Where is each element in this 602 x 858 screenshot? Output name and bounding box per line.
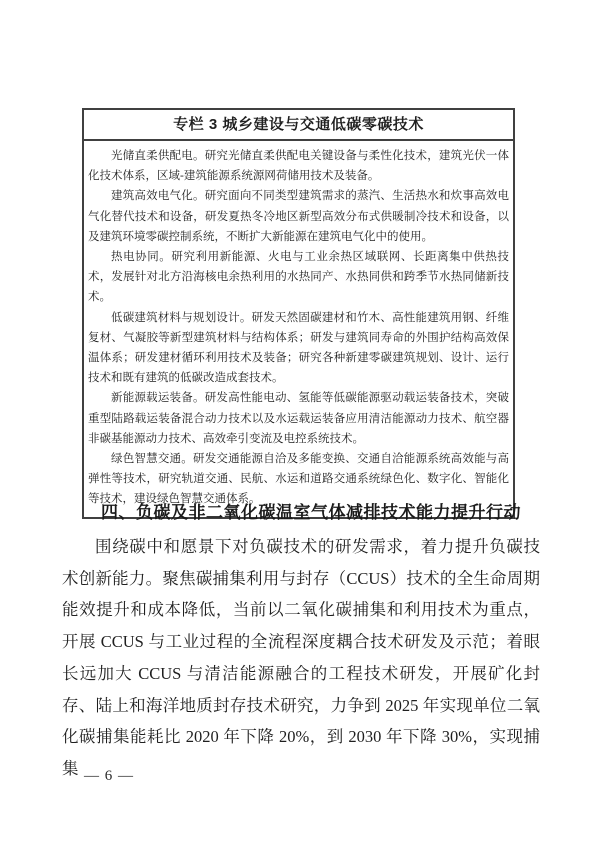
callout-box-body: 光储直柔供配电。研究光储直柔供配电关键设备与柔性化技术，建筑光伏一体化技术体系，… [84,141,513,517]
section-heading: 四、负碳及非二氧化碳温室气体减排技术能力提升行动 [101,498,521,523]
callout-box: 专栏 3 城乡建设与交通低碳零碳技术 光储直柔供配电。研究光储直柔供配电关键设备… [82,108,515,519]
callout-paragraph: 建筑高效电气化。研究面向不同类型建筑需求的蒸汽、生活热水和炊事高效电气化替代技术… [88,186,509,247]
callout-box-title: 专栏 3 城乡建设与交通低碳零碳技术 [84,110,513,141]
body-paragraph: 围绕碳中和愿景下对负碳技术的研发需求，着力提升负碳技术创新能力。聚焦碳捕集利用与… [62,531,540,785]
callout-paragraph: 光储直柔供配电。研究光储直柔供配电关键设备与柔性化技术，建筑光伏一体化技术体系，… [88,146,509,186]
document-page: 专栏 3 城乡建设与交通低碳零碳技术 光储直柔供配电。研究光储直柔供配电关键设备… [0,0,602,858]
page-number: — 6 — [84,768,134,785]
callout-paragraph: 新能源载运装备。研发高性能电动、氢能等低碳能源驱动载运装备技术，突破重型陆路载运… [88,388,509,449]
callout-paragraph: 低碳建筑材料与规划设计。研发天然固碳建材和竹木、高性能建筑用钢、纤维复材、气凝胶… [88,308,509,389]
callout-paragraph: 热电协同。研究利用新能源、火电与工业余热区域联网、长距离集中供热技术，发展针对北… [88,247,509,308]
